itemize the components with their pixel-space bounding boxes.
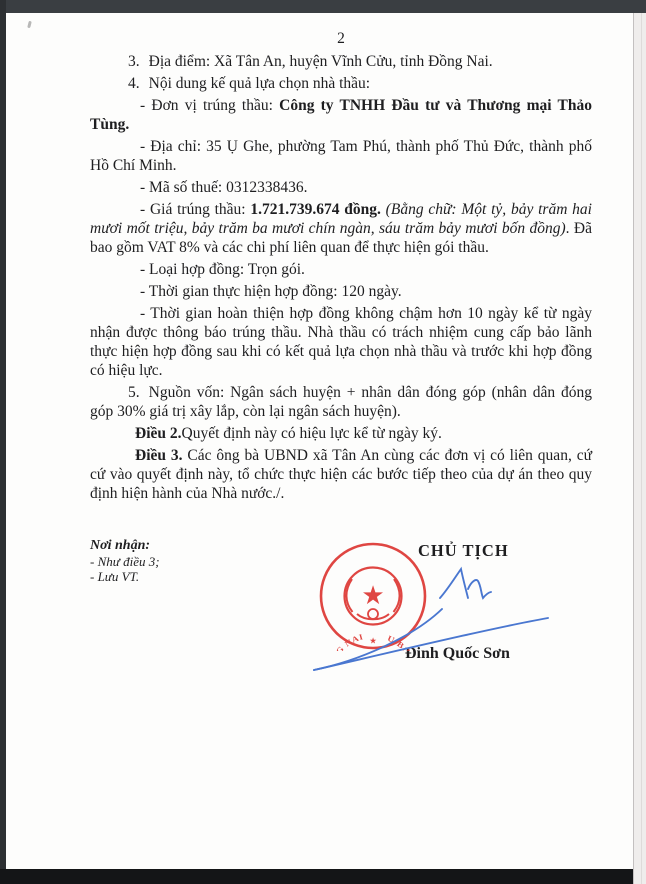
recipients-block: Nơi nhận: - Như điều 3; - Lưu VT. — [90, 538, 160, 585]
scan-left-edge — [0, 0, 6, 884]
scan-top-edge — [0, 0, 646, 13]
item-5-number: 5. — [128, 384, 140, 401]
winner-label: - Đơn vị trúng thầu: — [140, 97, 279, 114]
article-3-label: Điều 3. — [135, 447, 183, 464]
price-line: - Giá trúng thầu: 1.721.739.674 đồng. (B… — [90, 200, 592, 257]
article-3: Điều 3. Các ông bà UBND xã Tân An cùng c… — [90, 446, 592, 503]
document-page: 2 3.Địa điểm: Xã Tân An, huyện Vĩnh Cửu,… — [6, 13, 633, 869]
recipient-item: - Như điều 3; — [90, 554, 160, 570]
document-body: 2 3.Địa điểm: Xã Tân An, huyện Vĩnh Cửu,… — [6, 13, 633, 503]
article-2-text: Quyết định này có hiệu lực kể từ ngày ký… — [182, 425, 442, 442]
contract-type-line: - Loại hợp đồng: Trọn gói. — [90, 260, 592, 279]
item-5-text: Nguồn vốn: Ngân sách huyện + nhân dân đó… — [90, 384, 592, 420]
signature-sweep-long — [314, 618, 548, 670]
recipients-title: Nơi nhận: — [90, 538, 160, 554]
item-3: 3.Địa điểm: Xã Tân An, huyện Vĩnh Cửu, t… — [90, 52, 592, 71]
tax-id-line: - Mã số thuế: 0312338436. — [90, 178, 592, 197]
item-5: 5.Nguồn vốn: Ngân sách huyện + nhân dân … — [90, 383, 592, 421]
scan-right-gutter — [633, 13, 646, 884]
signature-sweep-cross — [314, 609, 442, 670]
item-4-number: 4. — [128, 75, 140, 92]
scanned-document: 2 3.Địa điểm: Xã Tân An, huyện Vĩnh Cửu,… — [0, 0, 646, 884]
signature-initial-stroke — [440, 569, 468, 598]
item-4-text: Nội dung kế quả lựa chọn nhà thầu: — [149, 75, 370, 92]
signature-hook-stroke — [468, 580, 491, 598]
page-number: 2 — [90, 29, 592, 48]
duration-line: - Thời gian thực hiện hợp đồng: 120 ngày… — [90, 282, 592, 301]
address-line: - Địa chỉ: 35 Ụ Ghe, phường Tam Phú, thà… — [90, 137, 592, 175]
article-2: Điều 2.Quyết định này có hiệu lực kể từ … — [90, 424, 592, 443]
item-4: 4.Nội dung kế quả lựa chọn nhà thầu: — [90, 74, 592, 93]
price-amount: 1.721.739.674 đồng. — [250, 201, 381, 218]
signature-ink — [302, 546, 552, 686]
price-label: - Giá trúng thầu: — [140, 201, 250, 218]
gutter-line — [641, 13, 642, 884]
item-3-text: Địa điểm: Xã Tân An, huyện Vĩnh Cửu, tỉn… — [149, 53, 493, 70]
recipient-item: - Lưu VT. — [90, 569, 160, 585]
article-2-label: Điều 2. — [135, 425, 182, 442]
completion-paragraph: - Thời gian hoàn thiện hợp đồng không ch… — [90, 304, 592, 380]
winner-line: - Đơn vị trúng thầu: Công ty TNHH Đầu tư… — [90, 96, 592, 134]
scan-bottom-edge — [0, 869, 633, 884]
item-3-number: 3. — [128, 53, 140, 70]
